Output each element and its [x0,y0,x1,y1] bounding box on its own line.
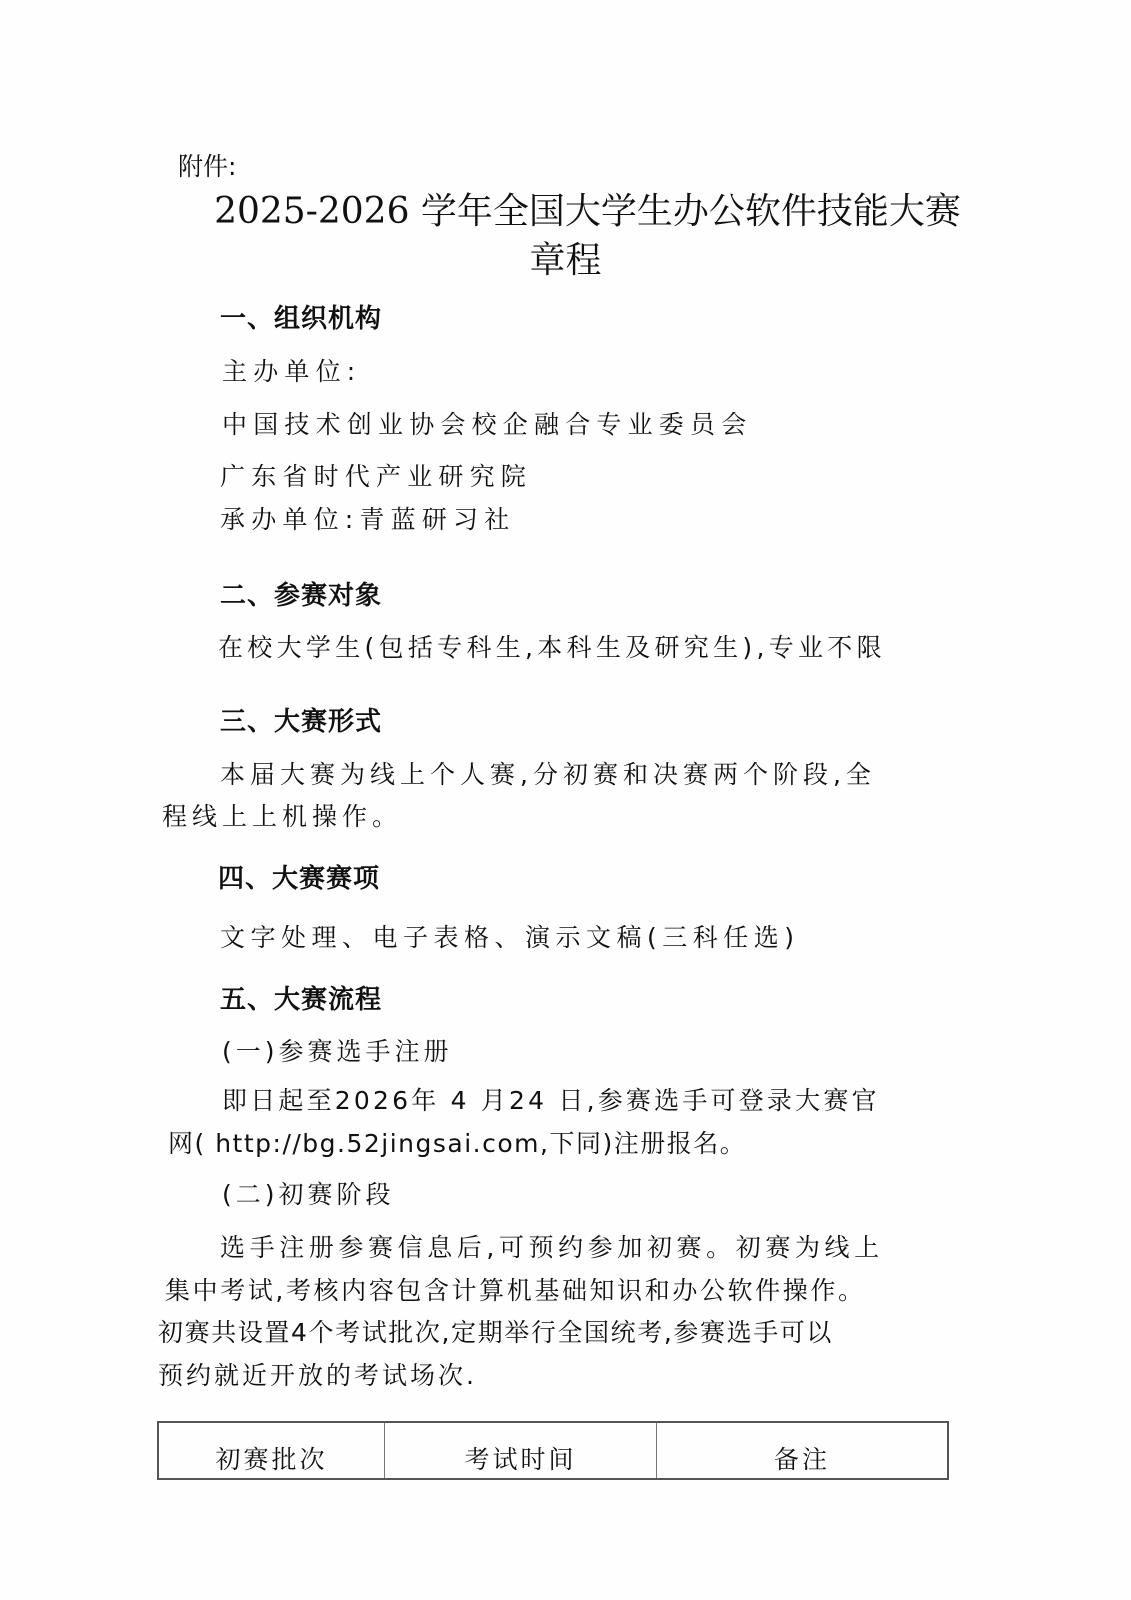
preliminary-text-line1: 选手注册参赛信息后,可预约参加初赛。初赛为线上 [220,1233,884,1263]
table-header-batch: 初赛批次 [159,1423,385,1478]
document-title: 2025-2026 学年全国大学生办公软件技能大赛 [0,190,1131,234]
organizer-2: 广东省时代产业研究院 [220,462,532,492]
document-subtitle: 章程 [0,239,1131,283]
preliminary-text-line3: 初赛共设置4个考试批次,定期举行全国统考,参赛选手可以 [158,1318,833,1348]
preliminary-schedule-table: 初赛批次 考试时间 备注 [157,1421,949,1480]
table-header-exam-time: 考试时间 [385,1423,657,1478]
registration-text-line1: 即日起至2026年 4 月24 日,参赛选手可登录大赛官 [222,1086,880,1116]
section-heading-format: 三、大赛形式 [220,707,382,737]
organizer-1: 中国技术创业协会校企融合专业委员会 [222,410,752,440]
document-page: 附件: 2025-2026 学年全国大学生办公软件技能大赛 章程 一、组织机构 … [0,0,1131,1600]
co-organizer: 承办单位:青蓝研习社 [220,505,515,535]
section-heading-process: 五、大赛流程 [220,985,382,1015]
official-site-link[interactable]: 网( http://bg.52jingsai.com,下同)注册报名。 [168,1129,746,1158]
section-heading-organization: 一、组织机构 [220,304,382,334]
organizer-label: 主办单位: [222,357,361,387]
events-text: 文字处理、电子表格、演示文稿(三科任选) [220,923,800,953]
table-header-notes: 备注 [657,1423,947,1478]
format-text-line2: 程线上上机操作。 [162,802,402,832]
participants-text: 在校大学生(包括专科生,本科生及研究生),专业不限 [218,633,886,663]
registration-text-line2: 网( http://bg.52jingsai.com,下同)注册报名。 [168,1129,746,1159]
section-heading-participants: 二、参赛对象 [220,581,382,611]
section-heading-events: 四、大赛赛项 [218,864,380,894]
format-text-line1: 本届大赛为线上个人赛,分初赛和决赛两个阶段,全 [220,760,876,790]
subsection-registration-heading: (一)参赛选手注册 [222,1037,453,1067]
subsection-preliminary-heading: (二)初赛阶段 [222,1180,395,1210]
attachment-label: 附件: [178,152,236,182]
preliminary-text-line2: 集中考试,考核内容包含计算机基础知识和办公软件操作。 [165,1276,866,1306]
preliminary-text-line4: 预约就近开放的考试场次. [158,1361,477,1391]
